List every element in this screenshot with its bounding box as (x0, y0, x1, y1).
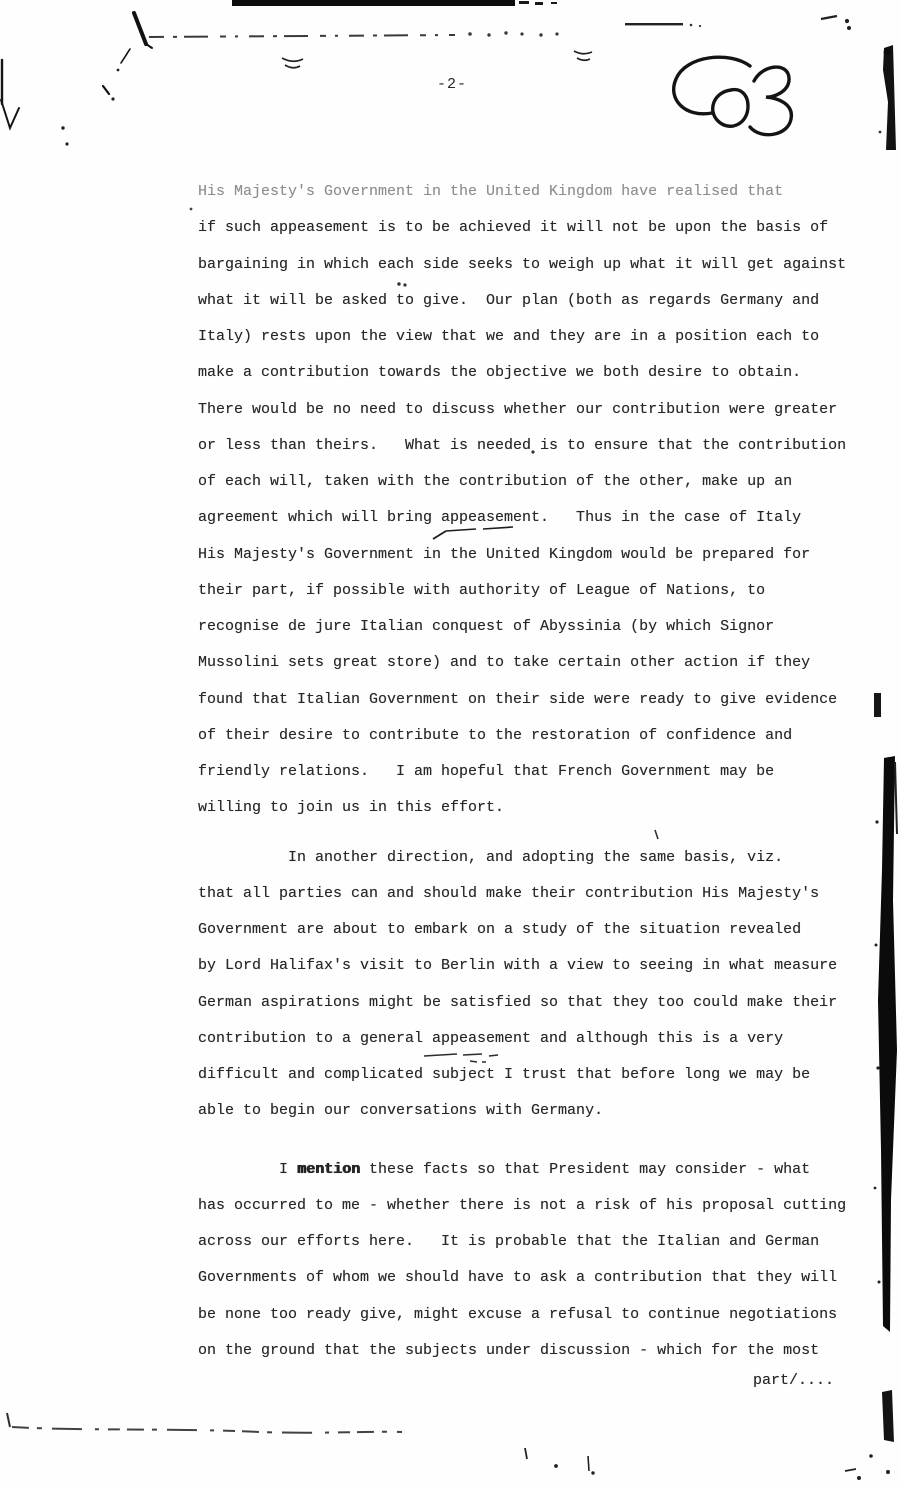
text-segment: be none too ready give, might excuse a r… (198, 1306, 837, 1323)
text-line: of each will, taken with the contributio… (198, 464, 862, 500)
text-segment: their part, if possible with authority o… (198, 582, 765, 599)
text-line: their part, if possible with authority o… (198, 573, 862, 609)
text-line: His Majesty's Government in the United K… (198, 537, 862, 573)
scan-artifact-dashed-line-bottom (7, 1413, 402, 1433)
text-line: contribution to a general appeasement an… (198, 1021, 862, 1057)
scan-artifact-top-right-marks (821, 16, 851, 30)
text-line: what it will be asked to give. Our plan … (198, 283, 862, 319)
text-segment: contribution to a general appeasement an… (198, 1030, 783, 1047)
text-line: willing to join us in this effort. (198, 790, 862, 826)
text-segment: willing to join us in this effort. (198, 799, 504, 816)
text-segment: found that Italian Government on their s… (198, 691, 837, 708)
text-segment: His Majesty's Government in the United K… (198, 546, 810, 563)
text-segment: on the ground that the subjects under di… (198, 1342, 819, 1359)
text-line: if such appeasement is to be achieved it… (198, 210, 862, 246)
scan-artifact-bottom-marks (525, 1448, 861, 1480)
text-line: In another direction, and adopting the s… (198, 840, 862, 876)
text-segment: has occurred to me - whether there is no… (198, 1197, 846, 1214)
text-segment: There would be no need to discuss whethe… (198, 401, 837, 418)
text-segment: that all parties can and should make the… (198, 885, 819, 902)
text-segment: bargaining in which each side seeks to w… (198, 256, 846, 273)
handwritten-503 (674, 57, 792, 135)
text-line: on the ground that the subjects under di… (198, 1333, 862, 1369)
text-segment: able to begin our conversations with Ger… (198, 1102, 603, 1119)
text-line: recognise de jure Italian conquest of Ab… (198, 609, 862, 645)
text-line: of their desire to contribute to the res… (198, 718, 862, 754)
scan-artifact-short-line (625, 23, 701, 27)
document-body: His Majesty's Government in the United K… (198, 174, 862, 1369)
scan-artifact-left-edge (1, 60, 192, 210)
scan-artifact-top-bar (232, 0, 557, 6)
text-segment: friendly relations. I am hopeful that Fr… (198, 763, 774, 780)
text-segment: across our efforts here. It is probable … (198, 1233, 819, 1250)
scan-artifact-squiggle (282, 51, 592, 68)
text-segment: Government are about to embark on a stud… (198, 921, 801, 938)
text-segment: difficult and complicated subject I trus… (198, 1066, 810, 1083)
text-line: by Lord Halifax's visit to Berlin with a… (198, 948, 862, 984)
text-segment: His Majesty's Government in the United K… (198, 183, 783, 200)
text-line: that all parties can and should make the… (198, 876, 862, 912)
page-number: -2- (437, 76, 467, 93)
text-line: across our efforts here. It is probable … (198, 1224, 862, 1260)
text-line: His Majesty's Government in the United K… (198, 174, 862, 210)
text-segment: what it will be asked to give. Our plan … (198, 292, 819, 309)
scan-artifact-dashed-line-top (149, 32, 558, 37)
text-line: agreement which will bring appeasement. … (198, 500, 862, 536)
paragraph: His Majesty's Government in the United K… (198, 174, 862, 827)
text-segment: Governments of whom we should have to as… (198, 1269, 837, 1286)
text-segment: Italy) rests upon the view that we and t… (198, 328, 819, 345)
text-segment: of their desire to contribute to the res… (198, 727, 792, 744)
continuation-mark: part/.... (0, 1372, 834, 1389)
paragraph: I mention these facts so that President … (198, 1152, 862, 1370)
text-segment: agreement which will bring appeasement. … (198, 509, 801, 526)
text-line: able to begin our conversations with Ger… (198, 1093, 862, 1129)
text-line: There would be no need to discuss whethe… (198, 392, 862, 428)
text-line: Mussolini sets great store) and to take … (198, 645, 862, 681)
text-line: bargaining in which each side seeks to w… (198, 247, 862, 283)
text-line: German aspirations might be satisfied so… (198, 985, 862, 1021)
text-line: has occurred to me - whether there is no… (198, 1188, 862, 1224)
scanned-document-page: -2- His Majesty's Government in the Unit… (0, 0, 900, 1485)
text-segment: or less than theirs. What is needed is t… (198, 437, 846, 454)
text-segment: if such appeasement is to be achieved it… (198, 219, 828, 236)
text-line: be none too ready give, might excuse a r… (198, 1297, 862, 1333)
text-segment: Mussolini sets great store) and to take … (198, 654, 810, 671)
paragraph: In another direction, and adopting the s… (198, 840, 862, 1130)
scan-artifact-right-band (869, 693, 897, 1474)
text-line: I mention these facts so that President … (198, 1152, 862, 1188)
text-line: Italy) rests upon the view that we and t… (198, 319, 862, 355)
text-segment: by Lord Halifax's visit to Berlin with a… (198, 957, 837, 974)
text-line: difficult and complicated subject I trus… (198, 1057, 862, 1093)
scan-artifact-pen-stroke (103, 13, 152, 101)
text-segment: these facts so that President may consid… (360, 1161, 810, 1178)
scan-artifact-right-streak-top (879, 45, 896, 150)
text-line: friendly relations. I am hopeful that Fr… (198, 754, 862, 790)
text-segment: recognise de jure Italian conquest of Ab… (198, 618, 774, 635)
text-segment: I (198, 1161, 297, 1178)
text-line: Government are about to embark on a stud… (198, 912, 862, 948)
text-segment: make a contribution towards the objectiv… (198, 364, 801, 381)
text-segment: of each will, taken with the contributio… (198, 473, 792, 490)
text-segment: mention (297, 1161, 360, 1178)
text-line: or less than theirs. What is needed is t… (198, 428, 862, 464)
text-segment: German aspirations might be satisfied so… (198, 994, 837, 1011)
text-line: Governments of whom we should have to as… (198, 1260, 862, 1296)
text-segment: In another direction, and adopting the s… (198, 849, 783, 866)
text-line: found that Italian Government on their s… (198, 682, 862, 718)
text-line: make a contribution towards the objectiv… (198, 355, 862, 391)
